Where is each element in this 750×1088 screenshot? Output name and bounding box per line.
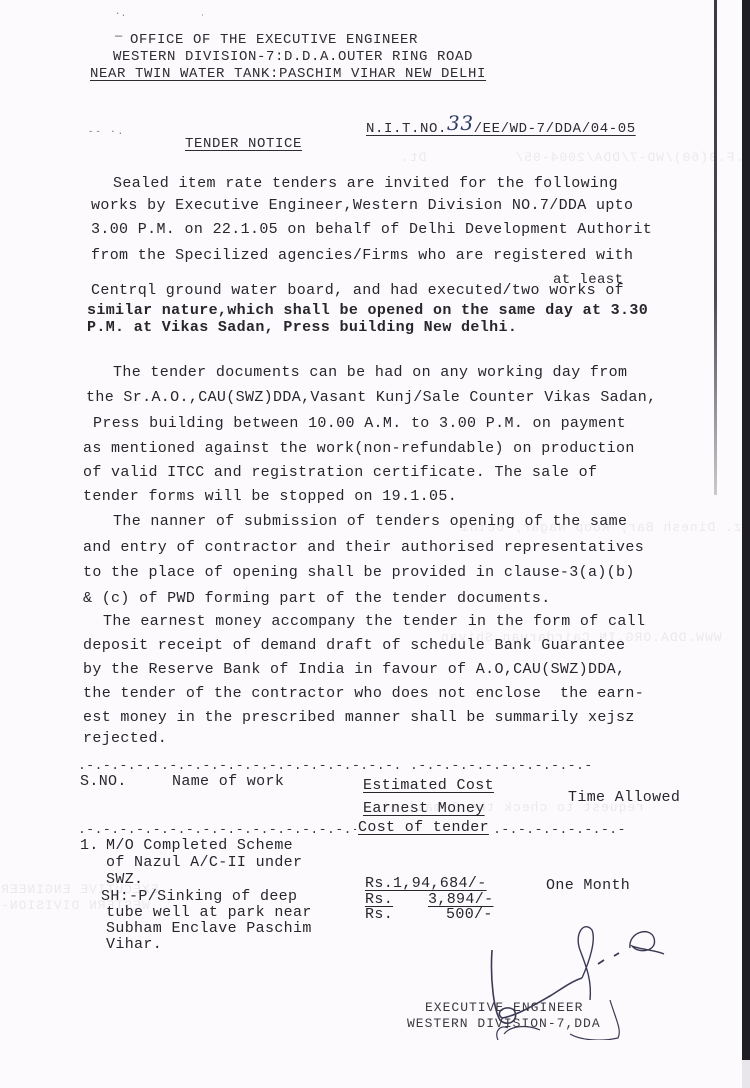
nit-handwritten-number: 33: [447, 111, 474, 135]
text-line: P.M. at Vikas Sadan, Press building New …: [87, 320, 517, 335]
cost-of-tender-label: Rs.: [365, 907, 393, 922]
text-line: to the place of opening shall be provide…: [83, 565, 635, 580]
notice-title: TENDER NOTICE: [185, 137, 302, 151]
text-line: Centrql ground water board, and had exec…: [91, 283, 624, 298]
row-work-line: tube well at park near: [106, 905, 312, 920]
header-cost-of-tender: Cost of tender: [356, 820, 491, 835]
row-sno: 1.: [80, 838, 99, 853]
nit-number: N.I.T.NO.33/EE/WD-7/DDA/04-05: [366, 115, 636, 136]
row-work-line: Vihar.: [106, 937, 162, 952]
text-line: rejected.: [83, 731, 167, 746]
text-line: tender forms will be stopped on 19.1.05.: [83, 489, 457, 504]
bleed-through-text: No.F.3(60)/WD-7/DDA/2004-05/ Dt.: [400, 150, 750, 165]
text-line: as mentioned against the work(non-refund…: [83, 441, 635, 456]
text-line: The nanner of submission of tenders open…: [113, 514, 627, 529]
location-address: NEAR TWIN WATER TANK:PASCHIM VIHAR NEW D…: [90, 67, 486, 81]
nit-suffix: /EE/WD-7/DDA/04-05: [474, 121, 636, 137]
document-page: No.F.3(60)/WD-7/DDA/2004-05/ Dt. 11-11 V…: [0, 0, 750, 1088]
row-work-line: Subham Enclave Paschim: [106, 921, 312, 936]
scan-edge-border: [742, 0, 750, 1088]
stray-mark: ·: [200, 12, 205, 20]
text-line: Press building between 10.00 A.M. to 3.0…: [93, 416, 626, 431]
header-estimated-cost: Estimated Cost: [363, 778, 494, 793]
header-earnest-money: Earnest Money: [363, 801, 485, 816]
text-line: and entry of contractor and their author…: [83, 540, 644, 555]
row-work-line: of Nazul A/C-II under: [106, 855, 302, 870]
earnest-money: 3,894/-: [428, 892, 493, 907]
text-line: Sealed item rate tenders are invited for…: [113, 176, 618, 191]
text-line: & (c) of PWD forming part of the tender …: [83, 591, 551, 606]
text-line: 3.00 P.M. on 22.1.05 on behalf of Delhi …: [91, 222, 652, 237]
stray-mark: -- ·.: [88, 128, 125, 137]
text-line: works by Executive Engineer,Western Divi…: [91, 198, 633, 213]
earnest-money-label: Rs.: [365, 892, 393, 907]
text-line: deposit receipt of demand draft of sched…: [83, 638, 625, 653]
header-sno: S.NO.: [80, 774, 127, 789]
text-line: by the Reserve Bank of India in favour o…: [83, 662, 625, 677]
text-line: the Sr.A.O.,CAU(SWZ)DDA,Vasant Kunj/Sale…: [86, 390, 656, 405]
office-title: OFFICE OF THE EXECUTIVE ENGINEER: [130, 33, 418, 47]
estimated-cost: Rs.1,94,684/-: [365, 876, 487, 891]
stray-mark: ·.: [115, 10, 127, 19]
nit-prefix: N.I.T.NO.: [366, 121, 447, 137]
text-line: The tender documents can be had on any w…: [113, 365, 627, 380]
scan-edge-corner: [742, 1060, 750, 1088]
row-work-line: SH:-P/Sinking of deep: [101, 889, 297, 904]
header-time-allowed: Time Allowed: [568, 790, 680, 805]
text-line: est money in the prescribed manner shall…: [83, 710, 635, 725]
dashed-separator: .-.-.-.-.-.-.-.-.-.-.-.-.-.-.-.-.-.-.-. …: [78, 758, 593, 773]
text-line: similar nature,which shall be opened on …: [87, 303, 648, 318]
header-name-of-work: Name of work: [172, 774, 284, 789]
text-line: The earnest money accompany the tender i…: [103, 614, 645, 629]
scan-edge-line: [714, 0, 717, 495]
stray-mark: —: [115, 30, 123, 42]
row-work-line: SWZ.: [106, 872, 143, 887]
text-line: of valid ITCC and registration certifica…: [83, 465, 597, 480]
signatory-designation: EXECUTIVE ENGINEER: [425, 1001, 583, 1014]
signatory-division: WESTERN DIVISION-7,DDA: [407, 1017, 601, 1030]
division-address: WESTERN DIVISION-7:D.D.A.OUTER RING ROAD: [113, 50, 473, 64]
time-allowed: One Month: [546, 878, 630, 893]
row-work-line: M/O Completed Scheme: [106, 838, 293, 853]
text-line: the tender of the contractor who does no…: [83, 686, 644, 701]
text-line: from the Specilized agencies/Firms who a…: [91, 248, 633, 263]
dashed-separator: .-.-.-.-.-.-.-.-.-.-.-.-.-.-.-.-.-.-.-.-…: [78, 822, 626, 837]
